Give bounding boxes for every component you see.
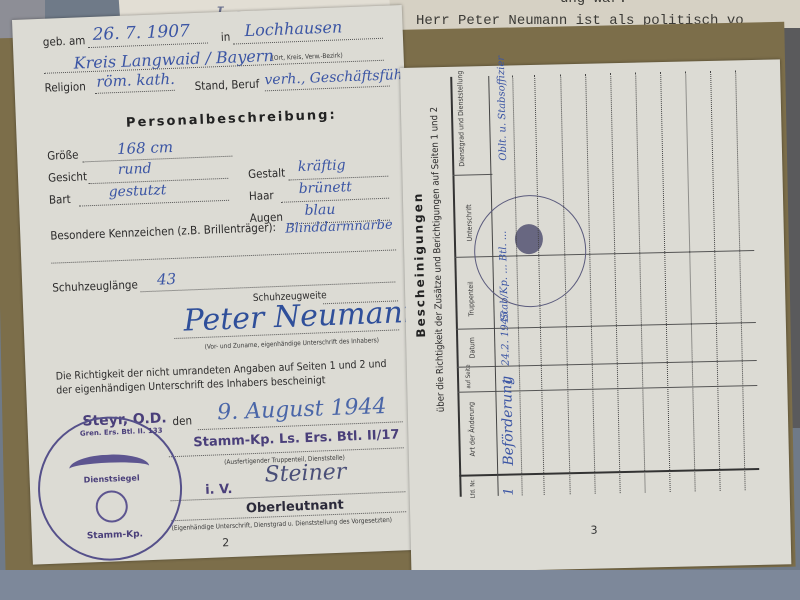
left-page: geb. am 26. 7. 1907 in Lochhausen Kreis …: [12, 5, 423, 565]
table-header-divider: [459, 468, 759, 477]
col-signature-header: Unterschrift: [465, 204, 474, 241]
col-date-header: Datum: [468, 337, 476, 358]
beard-value: gestutzt: [108, 182, 166, 200]
height-label: Größe: [47, 148, 79, 163]
birth-place: Lochhausen: [244, 17, 342, 40]
hair-label: Haar: [249, 188, 274, 203]
religion-label: Religion: [44, 79, 86, 95]
height-value: 168 cm: [117, 138, 174, 158]
row-line: [585, 74, 596, 494]
officer-signature: Steiner: [264, 460, 347, 488]
shoe-length-value: 43: [157, 270, 177, 289]
certifications-subtitle: über die Richtigkeit der Zusätze und Ber…: [429, 107, 447, 413]
row-line: [660, 72, 671, 492]
col-unit-header: Truppenteil: [467, 281, 476, 316]
officer-prefix: i. V.: [205, 482, 233, 498]
row-change: Beförderung: [499, 376, 517, 466]
shoe-length-label: Schuhzeuglänge: [52, 277, 138, 294]
description-heading: Personalbeschreibung:: [126, 108, 337, 131]
occupation-label: Stand, Beruf: [194, 77, 259, 93]
wreath-emblem-icon: [95, 490, 128, 523]
religion-value: röm. kath.: [96, 70, 175, 91]
seal-bottom-text: Stamm-Kp.: [87, 529, 144, 541]
row-page: 1: [501, 377, 516, 386]
build-value: kräftig: [298, 157, 346, 175]
issue-date: 9. August 1944: [217, 394, 387, 425]
row-line: [685, 72, 696, 492]
row-line: [610, 73, 621, 493]
build-label: Gestalt: [248, 166, 286, 181]
row-nr: 1: [502, 487, 517, 496]
seal-top-text: Gren. Ers. Btl. II. 133: [80, 427, 163, 438]
face-label: Gesicht: [48, 169, 87, 184]
holder-signature: Peter Neumann: [183, 294, 423, 338]
row-line: [735, 70, 746, 490]
row-line: [710, 71, 721, 491]
hair-value: brünett: [298, 179, 352, 197]
birth-date-label: geb. am: [43, 33, 86, 49]
col-page-header: auf Seite: [465, 364, 473, 388]
eyes-value: blau: [304, 202, 335, 219]
beard-label: Bart: [49, 192, 71, 207]
signature-caption: (Vor- und Zuname, eigenhändige Unterschr…: [205, 336, 380, 351]
dotted-line: [281, 198, 389, 203]
den-label: den: [172, 413, 192, 428]
certifications-title: Bescheinigungen: [411, 192, 428, 338]
face-value: rund: [118, 161, 152, 178]
col-nr-header: Lfd. Nr.: [469, 479, 476, 498]
seal-center-text: Dienstsiegel: [84, 473, 140, 484]
place-caption: (Ort, Kreis, Verw.-Bezirk): [271, 51, 342, 62]
col-change-header: Art der Änderung: [468, 402, 477, 457]
unit-stamp: Stamm-Kp. Ls. Ers. Btl. II/17: [193, 427, 400, 450]
dotted-line: [79, 200, 229, 207]
letter-partial-top: ung war.: [560, 0, 627, 7]
birth-date: 26. 7. 1907: [92, 21, 190, 45]
marks-label: Besondere Kennzeichen (z.B. Brillenträge…: [50, 220, 276, 243]
col-rank-header: Dienstgrad und Dienststellung: [456, 71, 466, 167]
row-rank: Oblt. u. Stabsoffizier: [496, 56, 509, 161]
official-seal: Gren. Ers. Btl. II. 133 Dienstsiegel Sta…: [35, 414, 184, 563]
birth-place-label: in: [221, 30, 231, 44]
page-number-left: 2: [222, 536, 229, 549]
right-page: Bescheinigungen über die Richtigkeit der…: [400, 59, 791, 572]
page-number-right: 3: [590, 524, 597, 537]
column-divider: [452, 174, 492, 176]
table-surface: [0, 570, 800, 600]
dotted-line: [82, 156, 232, 163]
row-line: [635, 73, 646, 493]
unit-seal-stamp: [473, 194, 588, 309]
dotted-line: [51, 249, 396, 263]
marks-value: Blinddarmnarbe: [285, 218, 393, 237]
dotted-line: [141, 281, 396, 292]
